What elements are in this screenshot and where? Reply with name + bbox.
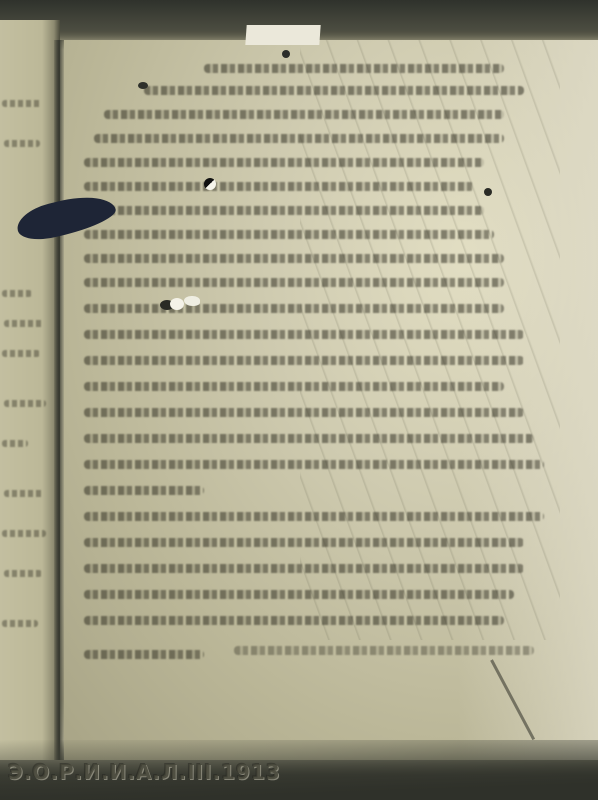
ink-dot (484, 188, 492, 196)
left-page-fragment (0, 20, 60, 760)
book-gutter (54, 40, 64, 760)
manuscript-photograph: Э.О.Р.И.И.А.Л.III.1913 (0, 0, 598, 800)
manuscript-handwriting (84, 60, 544, 680)
paper-label-patch (245, 25, 320, 45)
photographer-stamp: Э.О.Р.И.И.А.Л.III.1913 (8, 760, 281, 784)
ink-dot (138, 82, 148, 89)
page-hole (282, 50, 290, 58)
half-moon-mark (204, 178, 216, 190)
paper-damage-spot (160, 296, 206, 316)
